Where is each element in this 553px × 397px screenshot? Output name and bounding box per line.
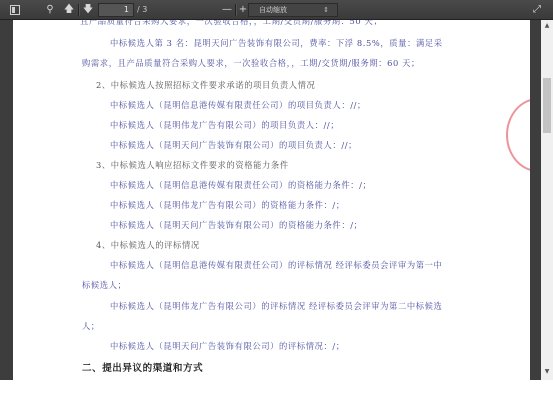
paragraph-line: 中标候选人（昆明天问广告装饰有限公司）的资格能力条件：/； [110,219,363,231]
search-icon[interactable]: ⚲ [44,3,56,17]
subheading: 4、中标候选人的评标情况 [96,239,200,251]
previous-page-icon[interactable]: 🡅 [63,3,75,17]
paragraph-line: 购需求，且产品质量符合采购人要求，一次验收合格，，工期/交货期/服务期：60 天… [82,57,420,69]
toolbar-divider [78,4,80,16]
zoom-level-label: 自动缩放 [259,6,287,14]
right-page-margin [530,20,541,380]
sidebar-toggle-icon[interactable] [10,5,20,15]
next-page-icon[interactable]: 🡇 [82,3,94,17]
scroll-up-arrow-icon[interactable]: ▲ [543,22,551,30]
scroll-down-arrow-icon[interactable]: ▼ [543,368,551,376]
zoom-out-button[interactable]: — [222,3,232,17]
zoom-select[interactable]: 自动缩放 ⇕ [248,3,338,17]
paragraph-line: 中标候选人（昆明信息港传媒有限责任公司）的资格能力条件：/； [110,179,371,191]
paragraph-line: 中标候选人第 3 名：昆明天问广告装饰有限公司，费率：下浮 8.5%，质量：满足… [110,37,443,49]
zoom-in-button[interactable]: + [238,3,248,17]
select-arrow-icon: ⇕ [323,4,329,16]
section-heading: 二、提出异议的渠道和方式 [82,360,203,374]
page-number-input[interactable]: 1 [98,3,134,17]
paragraph-line: 中标候选人（昆明信息港传媒有限责任公司）的评标情况 经评标委员会评审为第一中 [110,259,442,271]
paragraph-line: 标候选人； [82,279,127,291]
page-count: / 3 [137,3,147,17]
paragraph-line: 中标候选人（昆明信息港传媒有限责任公司）的项目负责人：//； [110,99,366,111]
paragraph-line: 中标候选人（昆明伟龙广告有限公司）的项目负责人：//； [110,119,339,131]
subheading: 3、中标候选人响应招标文件要求的资格能力条件 [96,159,289,171]
pdf-toolbar: ⚲ 🡅 🡇 1 / 3 — + 自动缩放 ⇕ ⤢ [0,0,553,20]
left-page-margin [0,20,13,380]
paragraph-line: 中标候选人（昆明天问广告装饰有限公司）的评标情况：/； [110,340,345,352]
subheading: 2、中标候选人按照招标文件要求承诺的项目负责人情况 [96,79,315,91]
vertical-scrollbar[interactable]: ▲ ▼ [541,20,553,380]
scroll-thumb[interactable] [543,78,551,133]
document-page: 且产品质量符合采购人要求，一次验收合格，，工期/交货期/服务期：50 天；中标候… [13,20,530,380]
toolbar-divider [235,4,237,16]
fullscreen-icon[interactable]: ⤢ [530,3,544,17]
paragraph-line: 中标候选人（昆明伟龙广告有限公司）的资格能力条件：/； [110,199,345,211]
paragraph-line: 人； [82,320,100,332]
paragraph-line: 中标候选人（昆明天问广告装饰有限公司）的项目负责人：//； [110,139,357,151]
paragraph-line: 中标候选人（昆明伟龙广告有限公司）的评标情况 经评标委员会评审为第二中标候选 [110,300,442,312]
paragraph-line: 且产品质量符合采购人要求，一次验收合格，，工期/交货期/服务期：50 天； [80,20,382,27]
